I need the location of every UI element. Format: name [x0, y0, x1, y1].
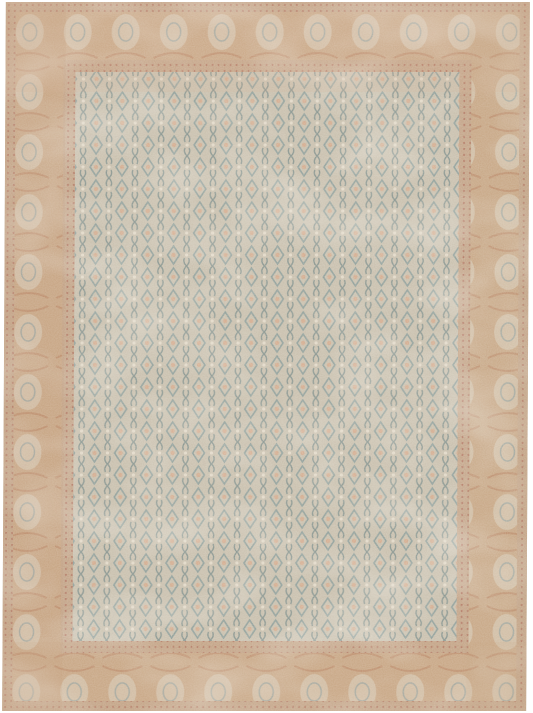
rug [2, 2, 530, 711]
rug-artwork [2, 2, 530, 711]
